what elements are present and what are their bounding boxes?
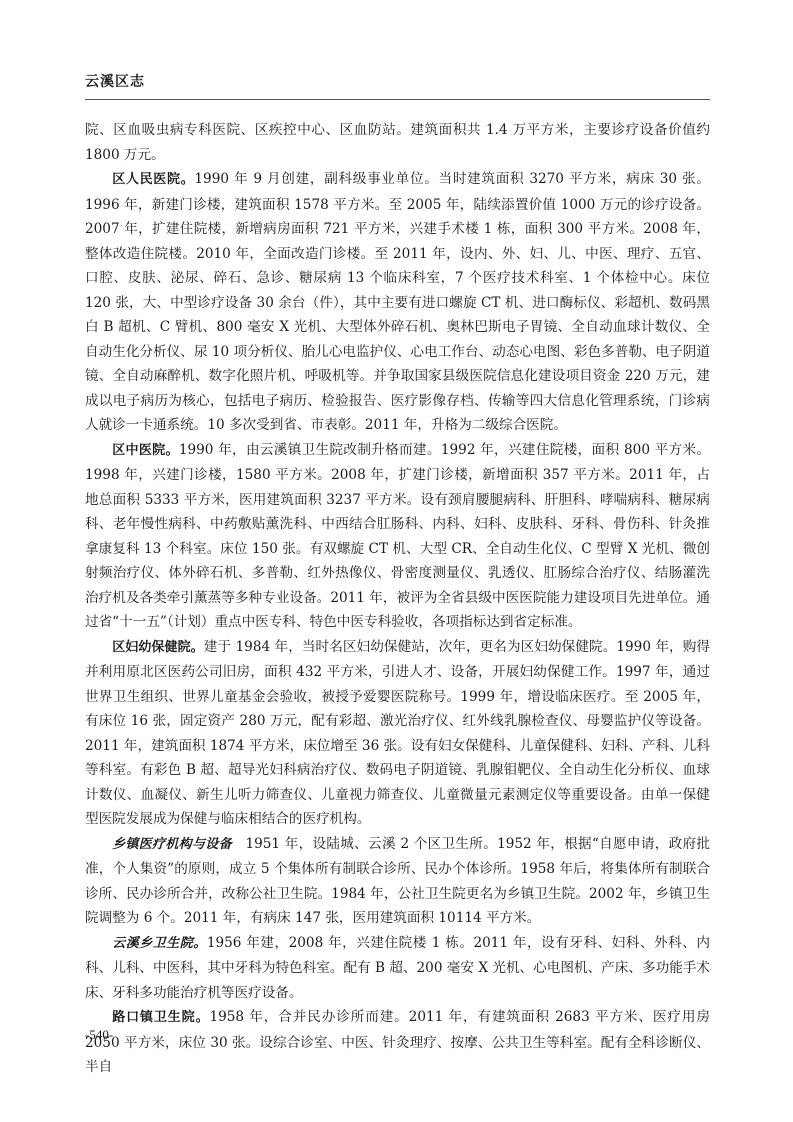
header-divider — [85, 99, 710, 100]
paragraph-text: 1990 年，由云溪镇卫生院改制升格而建。1992 年，兴建住院楼，面积 800… — [85, 442, 710, 631]
section-heading: 乡镇医疗机构与设备 — [112, 837, 232, 852]
paragraph-text: 院、区血吸虫病专科医院、区疾控中心、区血防站。建筑面积共 1.4 万平方米，主要… — [85, 122, 710, 163]
paragraph-text: 1990 年 9 月创建，副科级事业单位。当时建筑面积 3270 平方米，病床 … — [85, 171, 710, 433]
paragraph-heading: 区妇幼保健院。 — [112, 640, 204, 655]
paragraph-heading: 路口镇卫生院。 — [112, 1010, 209, 1025]
paragraph-tcm-hospital: 区中医院。1990 年，由云溪镇卫生院改制升格而建。1992 年，兴建住院楼，面… — [85, 438, 710, 635]
paragraph-heading: 云溪乡卫生院。 — [112, 936, 207, 951]
paragraph-people-hospital: 区人民医院。1990 年 9 月创建，副科级事业单位。当时建筑面积 3270 平… — [85, 167, 710, 438]
paragraph-text: 建于 1984 年，当时名区妇幼保健站，次年，更名为区妇幼保健院。1990 年，… — [85, 639, 710, 828]
paragraph-yunxi-township-clinic: 云溪乡卫生院。1956 年建，2008 年，兴建住院楼 1 栋。2011 年，设… — [85, 931, 710, 1006]
paragraph-township-institutions: 乡镇医疗机构与设备1951 年，设陆城、云溪 2 个区卫生所。1952 年，根据… — [85, 832, 710, 931]
paragraph-continuation: 院、区血吸虫病专科医院、区疾控中心、区血防站。建筑面积共 1.4 万平方米，主要… — [85, 118, 710, 167]
paragraph-lukou-town-clinic: 路口镇卫生院。1958 年，合并民办诊所而建。2011 年，有建筑面积 2683… — [85, 1005, 710, 1080]
body-text: 院、区血吸虫病专科医院、区疾控中心、区血防站。建筑面积共 1.4 万平方米，主要… — [85, 118, 710, 1080]
paragraph-maternal-child-hospital: 区妇幼保健院。建于 1984 年，当时名区妇幼保健站，次年，更名为区妇幼保健院。… — [85, 635, 710, 832]
paragraph-heading: 区人民医院。 — [112, 172, 194, 187]
page-number: -540- — [85, 1027, 113, 1043]
running-header-title: 云溪区志 — [85, 71, 145, 91]
paragraph-heading: 区中医院。 — [112, 443, 179, 458]
